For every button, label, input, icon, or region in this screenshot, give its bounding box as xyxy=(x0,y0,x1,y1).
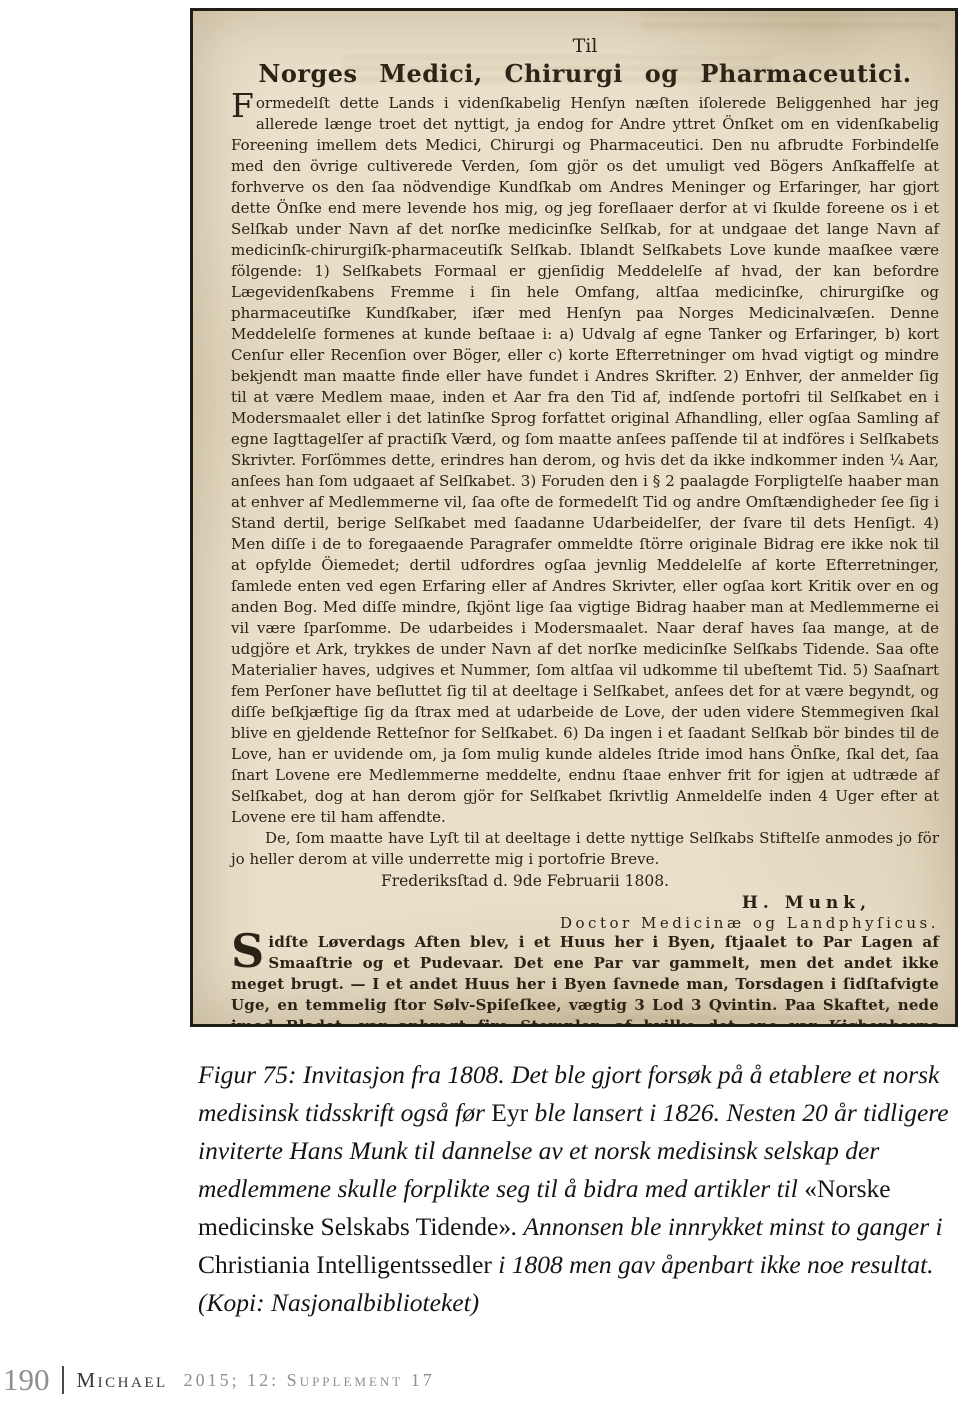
caption-segment: . Annonsen ble innrykket minst to ganger… xyxy=(511,1212,943,1241)
page-footer: 190 Michael 2015; 12: Supplement 17 xyxy=(3,1360,435,1400)
page-number: 190 xyxy=(3,1360,50,1400)
dropcap-initial: S xyxy=(231,932,268,970)
signature-name: H. Munk, xyxy=(231,893,939,913)
caption-segment: Eyr xyxy=(491,1098,528,1127)
caption-segment: Christiania Intelligentssedler xyxy=(198,1250,492,1279)
dropcap-initial: F xyxy=(231,93,256,119)
document-body-text: ormedelſt dette Lands i videnſkabelig He… xyxy=(231,94,939,826)
fraktur-notices-section: Sidſte Løverdags Aften blev, i et Huus h… xyxy=(231,932,939,1027)
scanned-document: Til Norges Medici, Chirurgi og Pharmaceu… xyxy=(190,8,958,1027)
document-heading: Norges Medici, Chirurgi og Pharmaceutici… xyxy=(231,59,939,88)
document-closing-paragraph: De, ſom maatte have Lyſt til at deeltage… xyxy=(231,828,939,870)
notice-theft-linen: Sidſte Løverdags Aften blev, i et Huus h… xyxy=(231,932,939,1027)
journal-name: Michael xyxy=(77,1368,168,1393)
document-body-paragraph: Formedelſt dette Lands i videnſkabelig H… xyxy=(231,93,939,828)
bleedthrough-ghost xyxy=(641,14,941,27)
document-dateline: Frederiksſtad d. 9de Februarii 1808. xyxy=(231,872,939,890)
signature-title: Doctor Medicinæ og Landphyſicus. xyxy=(231,914,939,932)
document-address-line: Til xyxy=(231,35,939,57)
notice-theft-linen-text: idſte Løverdags Aften blev, i et Huus he… xyxy=(231,933,939,1027)
figure-caption: Figur 75: Invitasjon fra 1808. Det ble g… xyxy=(198,1056,950,1322)
journal-issue: 2015; 12: Supplement 17 xyxy=(184,1370,435,1391)
footer-divider xyxy=(62,1366,64,1394)
